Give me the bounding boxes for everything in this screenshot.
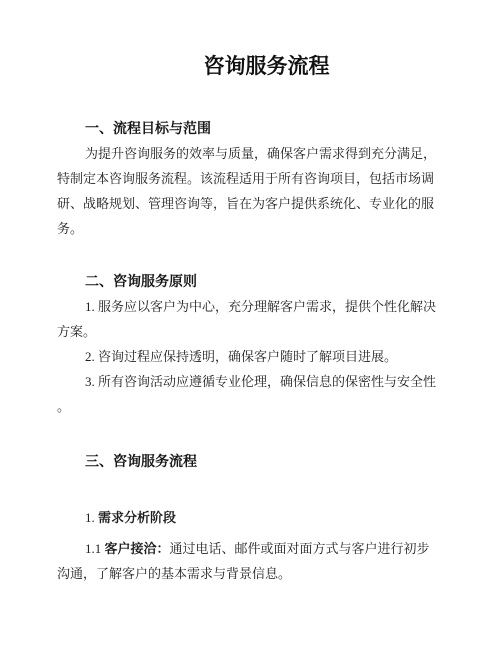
- principle-item-3: 3. 所有咨询活动应遵循专业伦理，确保信息的保密性与安全性 。: [57, 369, 448, 419]
- paragraph-goals-scope: 为提升咨询服务的效率与质量，确保客户需求得到充分满足， 特制定本咨询服务流程。该…: [57, 141, 448, 241]
- section-heading-goals-scope: 一、流程目标与范围: [57, 116, 448, 141]
- subsection-heading-needs-analysis: 1. 需求分析阶段: [57, 505, 448, 530]
- subsection-title: 需求分析阶段: [98, 510, 176, 525]
- principle-item-2: 2. 咨询过程应保持透明，确保客户随时了解项目进展。: [57, 344, 448, 369]
- page-title: 咨询服务流程: [57, 54, 448, 80]
- principle-item-1: 1. 服务应以客户为中心，充分理解客户需求，提供个性化解决 方案。: [57, 294, 448, 344]
- document-page: 咨询服务流程 一、流程目标与范围 为提升咨询服务的效率与质量，确保客户需求得到充…: [0, 0, 500, 647]
- section-heading-process: 三、咨询服务流程: [57, 449, 448, 474]
- clause-label: 客户接洽：: [105, 541, 170, 556]
- clause-number: 1.1: [85, 541, 105, 556]
- paragraph-client-contact: 1.1 客户接洽：通过电话、邮件或面对面方式与客户进行初步 沟通，了解客户的基本…: [57, 536, 448, 586]
- section-heading-principles: 二、咨询服务原则: [57, 269, 448, 294]
- subsection-number: 1.: [85, 510, 98, 525]
